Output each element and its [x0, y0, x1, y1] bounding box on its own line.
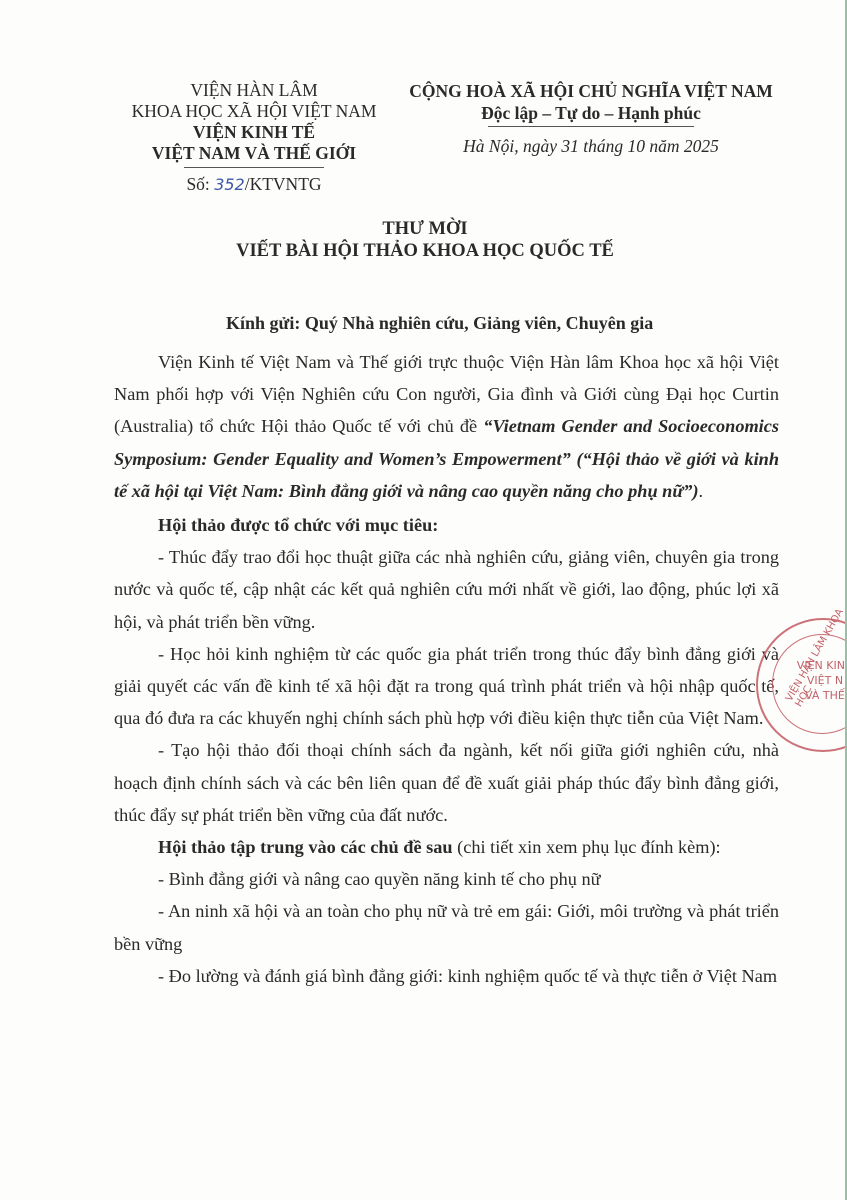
document-page: VIỆN HÀN LÂM KHOA HỌC XÃ HỘI VIỆT NAM VI…	[0, 0, 847, 1200]
intro-end: .	[699, 481, 704, 501]
title-line-1: THƯ MỜI	[150, 218, 700, 240]
seal-line-1: VIỆN KINH	[780, 658, 847, 673]
place-date: Hà Nội, ngày 31 tháng 10 năm 2025	[402, 135, 780, 157]
title-line-2: VIẾT BÀI HỘI THẢO KHOA HỌC QUỐC TẾ	[150, 240, 700, 262]
topic-item: - Bình đẳng giới và nâng cao quyền năng …	[114, 863, 779, 895]
motto: Độc lập – Tự do – Hạnh phúc	[402, 102, 780, 124]
topics-heading-note: (chi tiết xin xem phụ lục đính kèm):	[453, 837, 721, 857]
topics-heading: Hội thảo tập trung vào các chủ đề sau (c…	[114, 831, 779, 863]
document-number: Số: 352/KTVNTG	[112, 174, 396, 195]
letter-body: Viện Kinh tế Việt Nam và Thế giới trực t…	[114, 346, 779, 992]
header-divider	[184, 167, 324, 168]
objective-item: - Học hỏi kinh nghiệm từ các quốc gia ph…	[114, 638, 779, 735]
doc-no-suffix: /KTVNTG	[245, 174, 322, 194]
objective-item: - Thúc đẩy trao đổi học thuật giữa các n…	[114, 541, 779, 638]
seal-line-3: VÀ THẾ	[780, 688, 847, 703]
nation-name: CỘNG HOÀ XÃ HỘI CHỦ NGHĨA VIỆT NAM	[402, 80, 780, 102]
greeting: Kính gửi: Quý Nhà nghiên cứu, Giảng viên…	[226, 313, 653, 334]
agency-line-3: VIỆN KINH TẾ	[112, 122, 396, 143]
topic-item: - Đo lường và đánh giá bình đẳng giới: k…	[114, 960, 779, 992]
seal-center-text: VIỆN KINH VIỆT N VÀ THẾ	[780, 658, 847, 703]
seal-line-2: VIỆT N	[780, 673, 847, 688]
topics-heading-text: Hội thảo tập trung vào các chủ đề sau	[158, 837, 453, 857]
agency-line-1: VIỆN HÀN LÂM	[112, 80, 396, 101]
issuing-agency-block: VIỆN HÀN LÂM KHOA HỌC XÃ HỘI VIỆT NAM VI…	[112, 80, 396, 195]
document-title: THƯ MỜI VIẾT BÀI HỘI THẢO KHOA HỌC QUỐC …	[150, 218, 700, 262]
agency-line-2: KHOA HỌC XÃ HỘI VIỆT NAM	[112, 101, 396, 122]
doc-no-handwritten: 352	[214, 175, 245, 194]
national-motto-block: CỘNG HOÀ XÃ HỘI CHỦ NGHĨA VIỆT NAM Độc l…	[402, 80, 780, 157]
agency-line-4: VIỆT NAM VÀ THẾ GIỚI	[112, 143, 396, 164]
objective-item: - Tạo hội thảo đối thoại chính sách đa n…	[114, 734, 779, 831]
intro-paragraph: Viện Kinh tế Việt Nam và Thế giới trực t…	[114, 346, 779, 507]
doc-no-prefix: Số:	[186, 174, 214, 194]
motto-divider	[488, 126, 694, 127]
objectives-heading: Hội thảo được tổ chức với mục tiêu:	[114, 509, 779, 541]
topic-item: - An ninh xã hội và an toàn cho phụ nữ v…	[114, 895, 779, 959]
